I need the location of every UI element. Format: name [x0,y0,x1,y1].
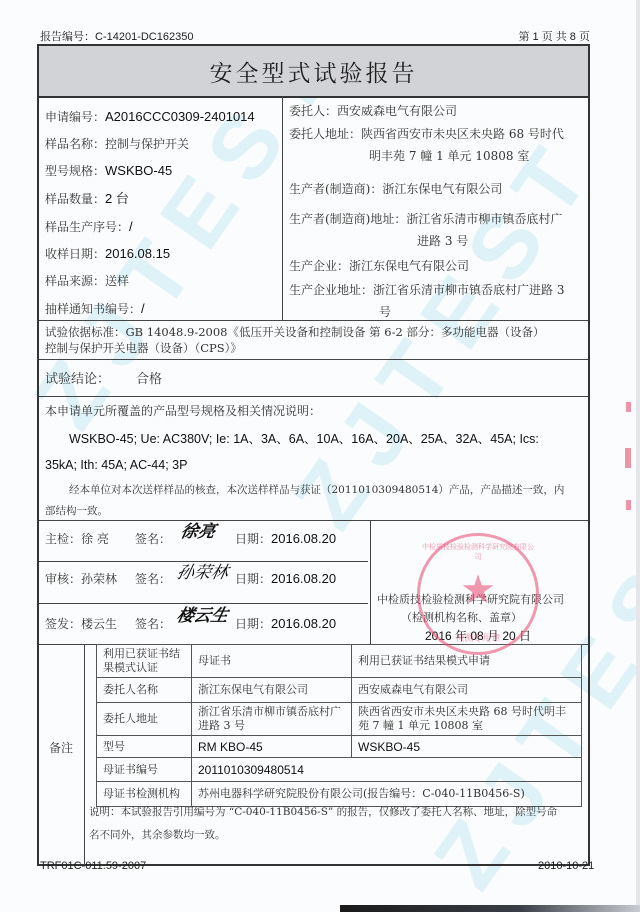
field-value: 2016.08.15 [105,246,170,261]
scan-shadow [340,905,640,912]
role-label: 主检： [45,532,81,546]
coverage-intro: 本申请单元所覆盖的产品型号规格及相关情况说明： [45,403,321,419]
signature-row-reviewer: 审核：孙荣林 [45,571,117,587]
divider [39,561,368,562]
signature-row-inspector: 主检：徐 亮 [45,531,109,547]
client: 委托人：西安威森电气有限公司 [289,103,457,119]
field-value: GB 14048.9-2008《低压开关设备和控制设备 第 6-2 部分：多功能… [126,325,545,339]
field-value: 浙江省乐清市柳市镇岙底村广进路 3 [373,283,564,297]
table-cell: 苏州电器科学研究院股份有限公司(报告编号：C-040-11B0456-S) [192,782,582,807]
field-label: 样品名称： [45,137,105,151]
seal-fragment [626,500,631,510]
field-value: 陕西省西安市未央区未央路 68 号时代 [361,127,564,141]
table-cell: 浙江东保电气有限公司 [192,678,352,703]
person-name: 孙荣林 [81,572,117,586]
divider [39,359,588,360]
field-value: / [129,219,133,234]
signature-divider [370,520,371,644]
table-row: 委托人名称 浙江东保电气有限公司 西安威森电气有限公司 [97,678,582,703]
field-value: 送样 [105,274,129,288]
seal-text-top: 中检质技检验检测科学研究院有限公司 [420,542,536,562]
field-label: 生产者(制造商)： [289,182,382,196]
notes-explanation-line2: 名不同外，其余参数均一致。 [89,827,226,843]
notes-explanation: 说明：本试验报告引用编号为 “C-040-11B0456-S” 的报告，仅修改了… [89,804,557,820]
seal-fragment [625,448,631,468]
page-edge [636,0,640,912]
sampling-notice-no: 抽样通知书编号：/ [45,301,145,317]
field-value: 2 台 [105,191,129,206]
table-cell: 型号 [97,736,192,758]
signature: 孙荣林 [175,565,229,581]
table-cell: 母证书 [192,645,352,678]
field-value: 浙江东保电气有限公司 [349,259,469,273]
notes-table: 利用已获证书结果模式认证 母证书 利用已获证书结果模式申请 委托人名称 浙江东保… [96,644,582,807]
date-label: 日期： [235,617,271,631]
table-cell: 利用已获证书结果模式申请 [352,645,582,678]
test-standard-line2: 控制与保护开关电器（设备）（CPS）》 [45,340,242,356]
model-spec: 型号规格：WSKBO-45 [45,163,172,179]
table-cell: 利用已获证书结果模式认证 [97,645,192,678]
info-divider [282,96,283,320]
person-name: 楼云生 [81,617,117,631]
signature: 楼云生 [175,608,229,624]
notes-label: 备注 [49,740,73,756]
date-value: 2016.08.20 [271,571,336,586]
table-cell: 西安威森电气有限公司 [352,678,582,703]
sample-name: 样品名称：控制与保护开关 [45,136,189,152]
date-value: 2016.08.20 [271,531,336,546]
table-cell: 母证书编号 [97,758,192,782]
factory-address-line2: 号 [379,304,391,320]
date: 日期：2016.08.20 [235,616,336,632]
table-cell: 陕西省西安市未央区未央路 68 号时代明丰苑 7 幢 1 单元 10808 室 [352,703,582,736]
table-cell: 母证书检测机构 [97,782,192,807]
field-value: A2016CCC0309-2401014 [105,109,255,124]
table-row: 母证书检测机构 苏州电器科学研究院股份有限公司(报告编号：C-040-11B04… [97,782,582,807]
field-label: 委托人地址： [289,127,361,141]
page-indicator: 第 1 页 共 8 页 [518,28,590,44]
field-label: 样品来源： [45,274,105,288]
institution-date: 2016 年 08 月 20 日 [425,628,531,644]
field-label: 收样日期： [45,247,105,261]
field-value: 控制与保护开关 [105,137,189,151]
field-label: 生产企业地址： [289,283,373,297]
field-label: 生产者(制造商)地址： [289,212,406,226]
role-label: 审核： [45,572,81,586]
table-cell: RM KBO-45 [192,736,352,758]
test-standard: 试验依据标准：GB 14048.9-2008《低压开关设备和控制设备 第 6-2… [45,324,544,340]
manufacturer-address: 生产者(制造商)地址：浙江省乐清市柳市镇岙底村广 [289,211,562,227]
role-label: 签发： [45,617,81,631]
divider [39,396,588,397]
application-no: 申请编号：A2016CCC0309-2401014 [45,109,255,125]
field-label: 申请编号： [45,110,105,124]
table-row: 母证书编号 2011010309480514 [97,758,582,782]
field-value: 浙江东保电气有限公司 [382,182,502,196]
date-label: 日期： [235,572,271,586]
table-cell: 委托人地址 [97,703,192,736]
institution-name: 中检质技检验检测科学研究院有限公司 [377,592,564,608]
field-label: 抽样通知书编号： [45,302,141,316]
client-address: 委托人地址：陕西省西安市未央区未央路 68 号时代 [289,126,564,142]
table-row: 利用已获证书结果模式认证 母证书 利用已获证书结果模式申请 [97,645,582,678]
report-title: 安全型式试验报告 [39,46,588,98]
coverage-note-line2: 部结构一致。 [45,503,108,519]
table-row: 委托人地址 浙江省乐清市柳市镇岙底村广进路 3 号 陕西省西安市未央区未央路 6… [97,703,582,736]
report-frame: 安全型式试验报告 申请编号：A2016CCC0309-2401014 样品名称：… [37,44,590,866]
report-number: 报告编号：C-14201-DC162350 [40,28,193,44]
form-number: TRF01C-011.59-2007 [40,858,146,874]
coverage-spec: WSKBO-45; Ue: AC380V; Ie: 1A、3A、6A、10A、1… [69,431,539,447]
field-label: 样品生产序号： [45,220,129,234]
signature-row-issuer: 签发：楼云生 [45,616,117,632]
divider [39,320,588,321]
institution-caption: （检测机构名称、盖章） [401,610,522,626]
receipt-date: 收样日期：2016.08.15 [45,246,170,262]
table-cell: 委托人名称 [97,678,192,703]
field-value: / [141,301,145,316]
table-row: 型号 RM KBO-45 WSKBO-45 [97,736,582,758]
table-cell: 浙江省乐清市柳市镇岙底村广进路 3 号 [192,703,352,736]
sign-label: 签名： [135,571,171,587]
sign-label: 签名： [135,616,171,632]
date-value: 2016.08.20 [271,616,336,631]
report-number-label: 报告编号： [40,31,95,43]
form-date: 2010-10-21 [538,858,594,874]
client-address-line2: 明丰苑 7 幢 1 单元 10808 室 [369,148,529,164]
field-label: 试验依据标准： [45,325,126,339]
field-label: 试验结论： [45,372,110,387]
date-label: 日期： [235,532,271,546]
sample-source: 样品来源：送样 [45,273,129,289]
date: 日期：2016.08.20 [235,531,336,547]
divider [39,520,588,521]
factory-address: 生产企业地址：浙江省乐清市柳市镇岙底村广进路 3 [289,282,564,298]
field-label: 生产企业： [289,259,349,273]
field-value: WSKBO-45 [105,163,172,178]
coverage-spec-line2: 35kA; Ith: 45A; AC-44; 3P [45,457,187,473]
field-label: 型号规格： [45,164,105,178]
sample-quantity: 样品数量：2 台 [45,191,129,207]
notes-divider [84,644,85,866]
table-cell: WSKBO-45 [352,736,582,758]
report-header: 报告编号：C-14201-DC162350 第 1 页 共 8 页 [40,28,590,44]
production-serial: 样品生产序号：/ [45,219,133,235]
signature: 徐亮 [179,524,216,540]
factory: 生产企业：浙江东保电气有限公司 [289,258,469,274]
person-name: 徐 亮 [81,532,109,546]
field-value: 西安威森电气有限公司 [337,104,457,118]
field-label: 样品数量： [45,192,105,206]
field-value: 浙江省乐清市柳市镇岙底村广 [406,212,562,226]
report-number-value: C-14201-DC162350 [95,31,193,43]
manufacturer: 生产者(制造商)：浙江东保电气有限公司 [289,181,502,197]
test-conclusion: 试验结论：合格 [45,372,162,388]
coverage-note: 经本单位对本次送样样品的核查，本次送样样品与获证（201101030948051… [69,482,564,498]
field-label: 委托人： [289,104,337,118]
sign-label: 签名： [135,531,171,547]
table-cell: 2011010309480514 [192,758,582,782]
manufacturer-address-line2: 进路 3 号 [417,233,468,249]
date: 日期：2016.08.20 [235,571,336,587]
conclusion-value: 合格 [136,372,162,387]
report-page: ZJTEST ZJTEST ZJTEST 报告编号：C-14201-DC1623… [0,0,636,912]
seal-fragment [626,402,631,412]
divider [39,603,368,604]
